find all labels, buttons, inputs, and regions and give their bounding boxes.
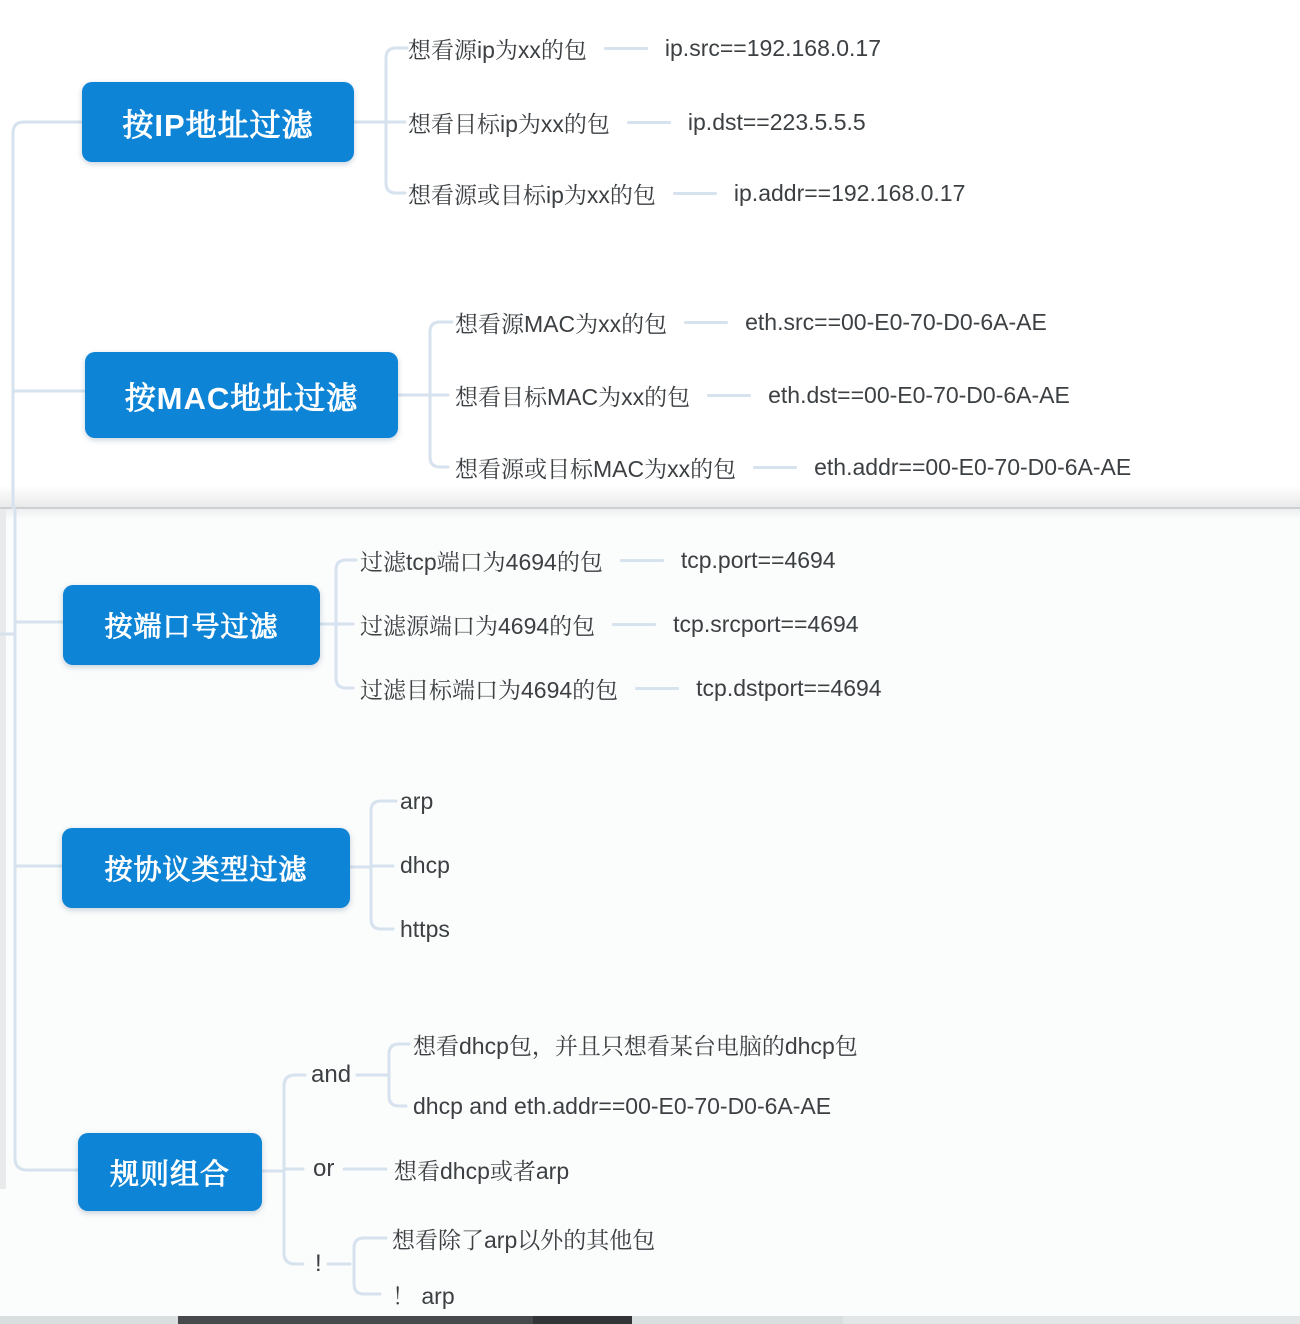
leaf-ip-addr[interactable]: 想看源或目标ip为xx的包 ip.addr==192.168.0.17 [408,179,965,207]
leaf-value: eth.src==00-E0-70-D0-6A-AE [745,309,1047,336]
leaf-not-desc[interactable]: 想看除了arp以外的其他包 [392,1224,655,1252]
operator-not[interactable]: ! [315,1250,322,1278]
leaf-tcp-srcport[interactable]: 过滤源端口为4694的包 tcp.srcport==4694 [360,610,859,638]
leaf-label: arp [400,788,433,815]
leaf-label: 过滤源端口为4694的包 [360,608,595,641]
leaf-arp[interactable]: arp [400,787,433,815]
leaf-and-desc[interactable]: 想看dhcp包，并且只想看某台电脑的dhcp包 [413,1030,858,1058]
leaf-label: 想看源MAC为xx的包 [455,306,667,339]
leaf-label: 想看目标ip为xx的包 [408,106,610,139]
leaf-not-expr[interactable]: ！ arp [392,1280,455,1308]
leaf-label: dhcp and eth.addr==00-E0-70-D0-6A-AE [413,1093,831,1120]
connector-dash [753,466,797,469]
bottom-bar-light-segment [843,1316,1300,1324]
leaf-label: 过滤目标端口为4694的包 [360,672,618,705]
leaf-value: tcp.port==4694 [681,547,836,574]
leaf-eth-src[interactable]: 想看源MAC为xx的包 eth.src==00-E0-70-D0-6A-AE [455,308,1047,336]
leaf-label: 想看源或目标ip为xx的包 [408,177,656,210]
topic-mac-filter[interactable]: 按MAC地址过滤 [85,352,398,438]
leaf-label: dhcp [400,852,450,879]
leaf-value: tcp.srcport==4694 [673,611,858,638]
leaf-tcp-dstport[interactable]: 过滤目标端口为4694的包 tcp.dstport==4694 [360,674,882,702]
leaf-value: tcp.dstport==4694 [696,675,881,702]
leaf-label: 想看dhcp包，并且只想看某台电脑的dhcp包 [413,1028,858,1061]
leaf-tcp-port[interactable]: 过滤tcp端口为4694的包 tcp.port==4694 [360,546,836,574]
leaf-label: https [400,916,450,943]
leaf-label: 想看源ip为xx的包 [408,32,587,65]
leaf-value: ip.addr==192.168.0.17 [734,180,965,207]
leaf-ip-src[interactable]: 想看源ip为xx的包 ip.src==192.168.0.17 [408,34,881,62]
leaf-label: 过滤tcp端口为4694的包 [360,544,603,577]
connector-dash [673,192,717,195]
connector-dash [627,121,671,124]
connector-dash [684,321,728,324]
connector-dash [707,394,751,397]
leaf-and-expr[interactable]: dhcp and eth.addr==00-E0-70-D0-6A-AE [413,1092,831,1120]
connector-dash [604,47,648,50]
leaf-or-desc[interactable]: 想看dhcp或者arp [394,1155,569,1183]
leaf-label: ！ arp [392,1278,455,1311]
topic-rule-combine[interactable]: 规则组合 [78,1133,262,1211]
leaf-eth-dst[interactable]: 想看目标MAC为xx的包 eth.dst==00-E0-70-D0-6A-AE [455,381,1070,409]
leaf-ip-dst[interactable]: 想看目标ip为xx的包 ip.dst==223.5.5.5 [408,108,866,136]
connector-dash [612,623,656,626]
topic-protocol-filter[interactable]: 按协议类型过滤 [62,828,350,908]
leaf-label: 想看除了arp以外的其他包 [392,1222,655,1255]
topic-port-filter[interactable]: 按端口号过滤 [63,585,320,665]
mindmap-canvas: 按IP地址过滤 按MAC地址过滤 按端口号过滤 按协议类型过滤 规则组合 想看源… [0,0,1300,1324]
leaf-value: eth.dst==00-E0-70-D0-6A-AE [768,382,1070,409]
operator-or[interactable]: or [313,1155,334,1183]
leaf-label: 想看目标MAC为xx的包 [455,379,690,412]
leaf-value: eth.addr==00-E0-70-D0-6A-AE [814,454,1131,481]
leaf-label: 想看dhcp或者arp [394,1153,569,1186]
topic-ip-filter[interactable]: 按IP地址过滤 [82,82,354,162]
leaf-https[interactable]: https [400,915,450,943]
leaf-value: ip.dst==223.5.5.5 [688,109,866,136]
bottom-bar-darker-segment[interactable] [533,1316,632,1324]
leaf-dhcp[interactable]: dhcp [400,851,450,879]
bottom-bar-dark-segment[interactable] [178,1316,533,1324]
leaf-label: 想看源或目标MAC为xx的包 [455,451,736,484]
leaf-eth-addr[interactable]: 想看源或目标MAC为xx的包 eth.addr==00-E0-70-D0-6A-… [455,453,1131,481]
leaf-value: ip.src==192.168.0.17 [665,35,881,62]
connector-dash [620,559,664,562]
operator-and[interactable]: and [311,1061,351,1089]
connector-dash [635,687,679,690]
